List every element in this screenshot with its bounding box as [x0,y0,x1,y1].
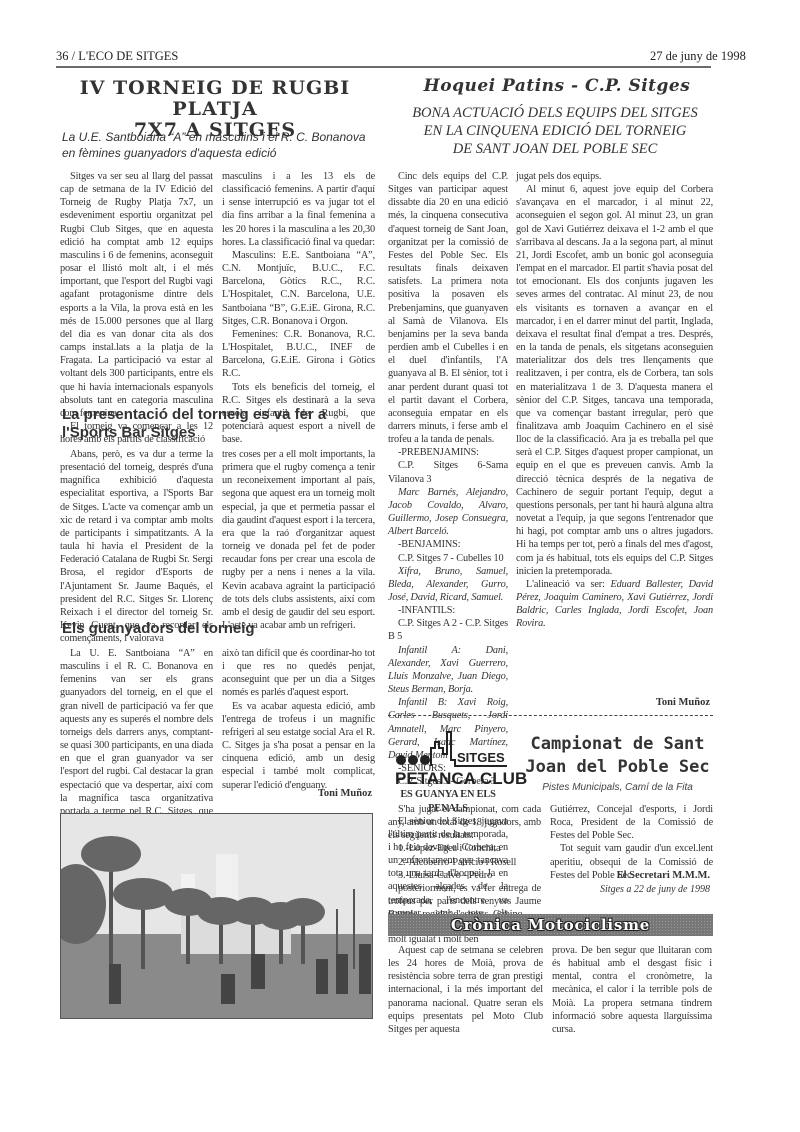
petanca-subheadline: Pistes Municipals, Camí de la Fita [520,782,715,793]
petanca-headline: Campionat de Sant Joan del Poble Sec [520,733,715,779]
ranking-item: 2.-Alcoberro-Patricio i Rosell [388,856,541,869]
moto-col2: prova. De ben segur que lluitaran com és… [552,944,712,1036]
rugby-byline: Toni Muñoz [222,788,372,799]
result-players: Marc Barnés, Alejandro, Jacob Covaldo, A… [388,486,508,539]
petanca-signature-place: Sitges a 22 de juny de 1998 [550,884,710,895]
petanca-headline-line1: Campionat de Sant [520,733,715,756]
result-score: C.P. Sitges 6-Sama Vilanova 3 [388,459,508,485]
section-heading-presentacio: La presentació del torneig es va fer a l… [62,406,377,442]
result-score: C.P. Sitges A 2 - C.P. Sitges B 5 [388,617,508,643]
petanca-club-logo: SITGES PETANCA CLUB [395,730,510,790]
moto-col1: Aquest cap de setmana se celebren les 24… [388,944,543,1036]
hoquei-byline: Toni Muñoz [560,697,710,708]
section-heading-guanyadors: Els guanyadors del torneig [62,620,377,638]
hoquei-subheadline: BONA ACTUACIÓ DELS EQUIPS DEL SITGES EN … [395,104,715,158]
section-divider [388,715,713,716]
photo-illustration [61,814,372,1018]
result-score: C.P. Sitges 7 - Cubelles 10 [388,552,508,565]
rugby-beach-photo [60,813,373,1019]
header-rule [56,66,711,68]
hoquei-col2: jugat pels dos equips. Al minut 6, aques… [516,170,713,630]
result-players: Infantil A: Dani, Alexander, Xavi Guerre… [388,644,508,697]
petanca-signature: El Secretari M.M.M. [550,870,710,881]
rugby-intro-col1: Sitges va ser seu al llarg del passat ca… [60,170,213,446]
paragraph: jugat pels dos equips. [516,170,713,183]
paragraph: Cinc dels equips del C.P. Sitges van par… [388,170,508,446]
ranking-item: 3.-Lluisa-Calvo - Pedro [388,869,541,882]
paragraph: Abans, però, es va dur a terme la presen… [60,448,213,645]
rugby-headline-line1: IV TORNEIG DE RUGBI PLATJA [60,78,370,120]
petanca-headline-line2: Joan del Poble Sec [520,756,715,779]
result-category: -PREBENJAMINS: [388,446,508,459]
presentacio-col2: tres coses per a ell molt importants, la… [222,448,375,632]
petanca-col1: S'ha jugat el campionat, com cada any, a… [388,803,541,921]
guanyadors-col2: això tan difícil que és coordinar-ho tot… [222,647,375,792]
paragraph: Es va acabar aquesta edició, amb l'entre… [222,700,375,792]
result-players: Xifra, Bruno, Samuel, Bleda, Alexander, … [388,565,508,604]
moto-section-banner: Crònica Motociclisme [388,914,713,936]
paragraph: Masculins: E.E. Santboiana “A”, C.N. Mon… [222,249,375,328]
paragraph: S'ha jugat el campionat, com cada any, a… [388,803,541,842]
page-date: 27 de juny de 1998 [650,49,746,64]
result-category: -INFANTILS: [388,604,508,617]
hoquei-subheadline-line1: BONA ACTUACIÓ DELS EQUIPS DEL SITGES [395,104,715,122]
hoquei-subheadline-line2: EN LA CINQUENA EDICIÓ DEL TORNEIG [395,122,715,140]
paragraph: Al minut 6, aquest jove equip del Corber… [516,183,713,578]
guanyadors-col1: La U. E. Santboiana “A” en masculins i e… [60,647,213,831]
paragraph: La U. E. Santboiana “A” en masculins i e… [60,647,213,831]
result-category: -BENJAMINS: [388,538,508,551]
hoquei-subheadline-line3: DE SANT JOAN DEL POBLE SEC [395,140,715,158]
paragraph: Sitges va ser seu al llarg del passat ca… [60,170,213,420]
ranking-item: 1.-López-Egea i Conchita [388,842,541,855]
paragraph: tres coses per a ell molt importants, la… [222,448,375,632]
moto-headline: Crònica Motociclisme [451,916,650,934]
paragraph: prova. De ben segur que lluitaran com és… [552,944,712,1036]
paragraph: Aquest cap de setmana se celebren les 24… [388,944,543,1036]
presentacio-col1: Abans, però, es va dur a terme la presen… [60,448,213,645]
lineup-label: L'alineació va ser: [526,579,610,590]
petanca-logo-sitges: SITGES [457,750,505,765]
paragraph: això tan difícil que és coordinar-ho tot… [222,647,375,700]
penals-heading: ES GUANYA EN ELS [388,788,508,801]
rugby-intro-col2: masculins i a les 13 els de classificaci… [222,170,375,446]
paragraph: Femenines: C.R. Bonanova, R.C. L'Hospita… [222,328,375,381]
rugby-subheadline: La U.E. Santboiana “A” en masculins i el… [62,130,382,161]
paragraph: Gutiérrez, Concejal d'esports, i Jordi R… [550,803,713,842]
paragraph: masculins i a les 13 els de classificaci… [222,170,375,249]
hoquei-headline: Hoquei Patins - C.P. Sitges [402,76,712,96]
petanca-logo-club: PETANCA CLUB [395,769,527,789]
page-header-left: 36 / L'ECO DE SITGES [56,49,178,64]
